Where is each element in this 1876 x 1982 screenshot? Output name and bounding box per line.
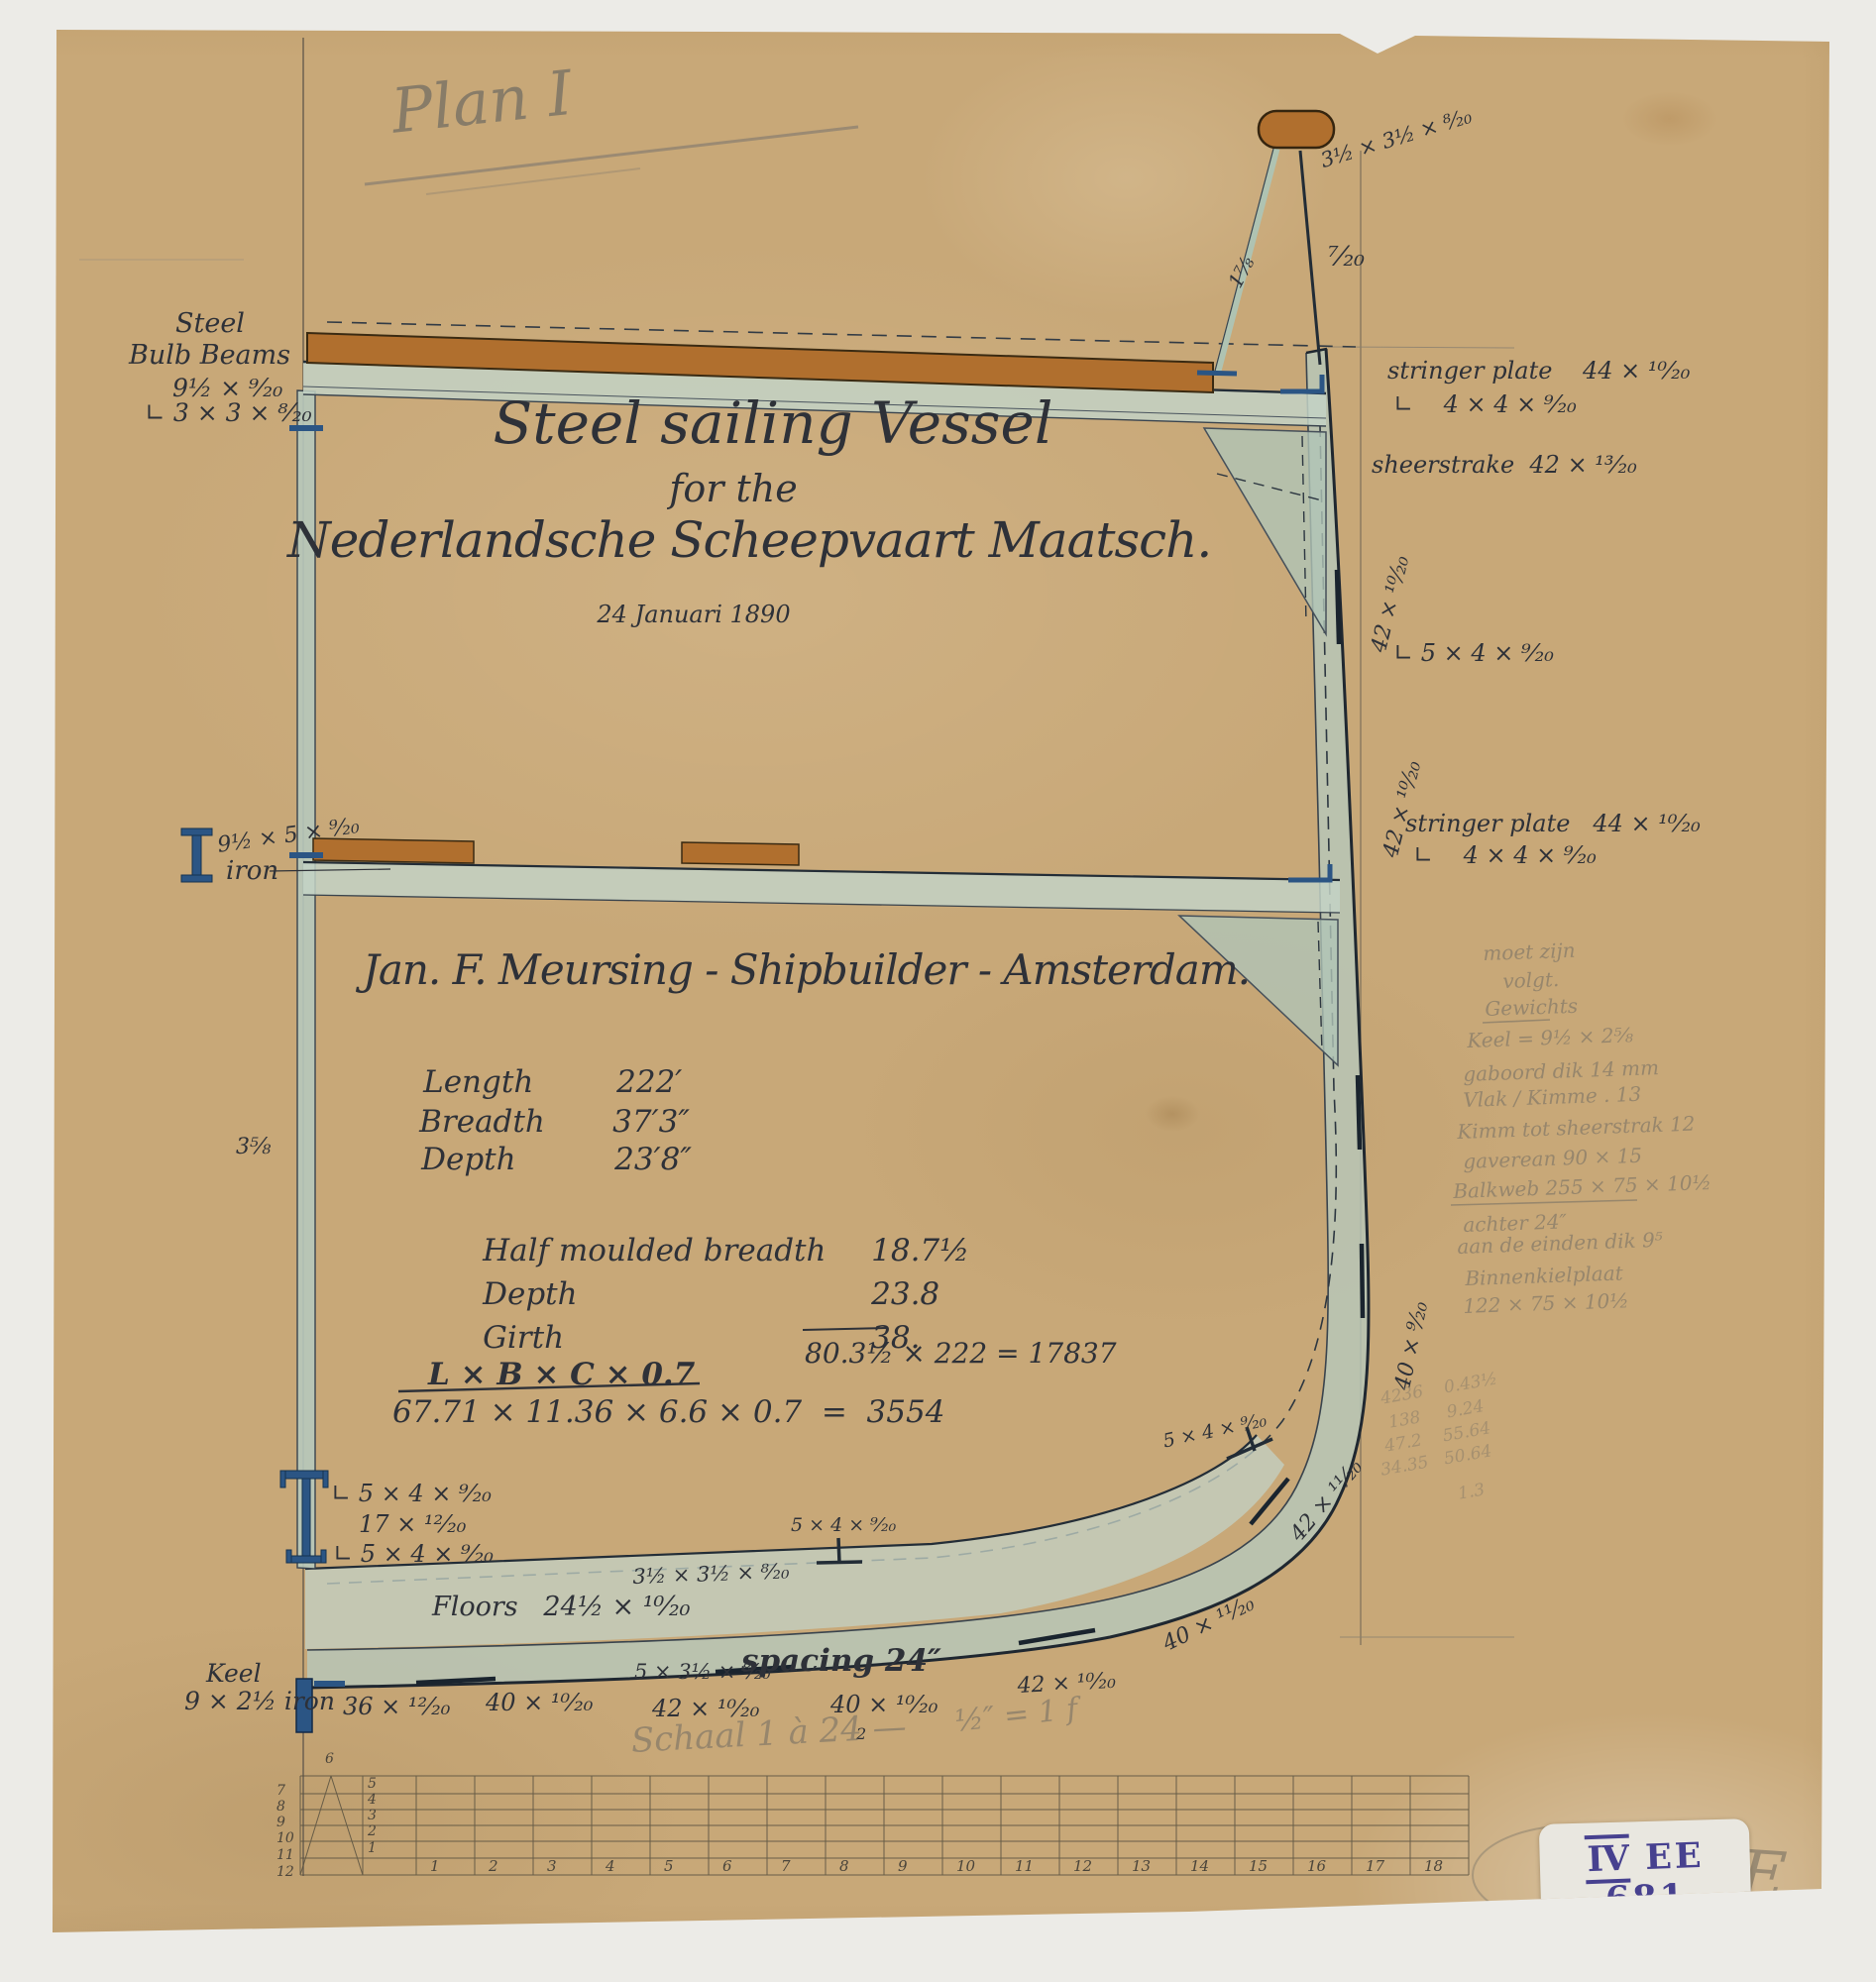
pencil-plan-label: Plan I [388, 60, 575, 144]
scale-cell-number: 3 [547, 1859, 557, 1875]
note-frame-spacing: spacing 24″ [741, 1645, 941, 1678]
title-line-1: Steel sailing Vessel [426, 394, 1120, 452]
note-keelson-angle-bottom: ∟ 5 × 4 × ⁹⁄₂₀ [333, 1542, 494, 1567]
note-keel-size: 9 × 2½ iron [184, 1689, 335, 1714]
scale-cell-number: 10 [956, 1859, 975, 1875]
pencil-margin-12: Binnenkielplaat [1465, 1263, 1623, 1289]
keelson [280, 1471, 328, 1563]
note-bulb-beams: Bulb Beams [129, 342, 290, 370]
scale-row-label: 10 [276, 1831, 294, 1846]
pencil-margin-4: Keel = 9½ × 2⅝ [1467, 1025, 1633, 1051]
title-line-3: Nederlandsche Scheepvaart Maatsch. [287, 515, 1100, 565]
scale-cell-number: 1 [430, 1859, 440, 1875]
note-stringer-plate-lower: stringer plate 44 × ¹⁰⁄₂₀ [1405, 812, 1701, 836]
scale-cell-number: 13 [1132, 1859, 1151, 1875]
title-line-2: for the [614, 470, 852, 507]
pillar-head-clip-2 [289, 852, 323, 858]
scale-row-label: 12 [276, 1865, 294, 1880]
note-keel: Keel [206, 1661, 262, 1687]
scale-cell-number: 16 [1307, 1859, 1326, 1875]
scale-cell-number: 14 [1190, 1859, 1209, 1875]
stamp-roman-numeral: IV [1585, 1834, 1631, 1885]
scale-cell-number: 4 [606, 1859, 615, 1875]
scanned-ship-drawing: Steel sailing Vessel for the Nederlandsc… [0, 0, 1876, 1982]
note-tank-stiffener: 5 × 4 × ⁹⁄₂₀ [791, 1516, 896, 1536]
note-keelson-web: 17 × ¹²⁄₂₀ [359, 1512, 466, 1537]
archive-stamp-text: IV EE 681 [1539, 1833, 1752, 1923]
builder-line: Jan. F. Meursing ‐ Shipbuilder ‐ Amsterd… [363, 949, 1250, 991]
scale-diagonal-label: 3 [368, 1809, 377, 1823]
scale-cell-number: 8 [839, 1859, 849, 1875]
scale-cell-number: 2 [489, 1859, 498, 1875]
note-three-five-eighths: 3⅝ [236, 1136, 271, 1158]
bulwark-plate-line [1300, 151, 1320, 365]
scale-cell-number: 6 [722, 1859, 732, 1875]
scale-row-label: 8 [276, 1800, 285, 1815]
stay-foot-clip [1197, 373, 1237, 374]
ibeam-symbol [181, 828, 212, 882]
scale-cell-number: 18 [1424, 1859, 1443, 1875]
note-bottom-plate-1: 36 × ¹²⁄₂₀ [343, 1695, 450, 1719]
dimension-label: Depth [421, 1145, 614, 1175]
pencil-margin-2: volgt. [1502, 969, 1560, 992]
note-bulwark-plate: ⁷⁄₂₀ [1328, 244, 1365, 272]
lower-deck-plank-1 [313, 838, 474, 863]
note-steel: Steel [175, 310, 245, 338]
scale-diagonal-label: 5 [368, 1777, 377, 1792]
formula-numerator: L × B × C × 0.7 [428, 1360, 695, 1390]
note-sheerstrake: sheerstrake 42 × ¹³⁄₂₀ [1372, 453, 1637, 478]
scale-diagonal-label: 4 [368, 1793, 377, 1808]
note-bottom-plate-2: 40 × ¹⁰⁄₂₀ [486, 1691, 593, 1715]
scale-cell-number: 7 [781, 1859, 791, 1875]
dimension-row-depth: Depth23′8″ [363, 1114, 692, 1206]
scale-cell-number: 11 [1015, 1859, 1034, 1875]
paper-sheet: Steel sailing Vessel for the Nederlandsc… [0, 0, 1876, 1982]
note-keelson-angle-top: ∟ 5 × 4 × ⁹⁄₂₀ [331, 1482, 492, 1506]
note-ibeam-iron: iron [226, 858, 278, 885]
scale-row-label: 7 [276, 1784, 285, 1799]
dimension-value: 23′8″ [614, 1142, 692, 1177]
scale-row-label: 9 [276, 1816, 285, 1830]
note-floors: Floors 24½ × ¹⁰⁄₂₀ [432, 1594, 691, 1621]
note-hold-beam-angle: ∟ 5 × 4 × ⁹⁄₂₀ [1393, 641, 1554, 666]
note-tank-top-angle: 3½ × 3½ × ⁸⁄₂₀ [632, 1560, 790, 1588]
note-stringer-angle-upper: ∟ 4 × 4 × ⁹⁄₂₀ [1393, 392, 1577, 417]
pencil-margin-13: 122 × 75 × 10½ [1463, 1290, 1629, 1317]
formula-result: 67.71 × 11.36 × 6.6 × 0.7 = 3554 [392, 1397, 944, 1428]
rail-reference-line [1328, 347, 1514, 348]
scale-diagonal-label: 6 [325, 1752, 334, 1767]
archive-label: IV EE 681 [1539, 1818, 1752, 1918]
scale-cell-number: 12 [1073, 1859, 1092, 1875]
note-deck-beam-angle: ∟ 3 × 3 × ⁸⁄₂₀ [145, 400, 312, 426]
wooden-rail-cap [1259, 111, 1334, 148]
scale-cell-number: 15 [1249, 1859, 1268, 1875]
diagonal-scale-grid [300, 1776, 1469, 1875]
scale-cell-number: 5 [664, 1859, 674, 1875]
scale-diagonal-label: 1 [368, 1841, 377, 1856]
upper-beam-bracket [1204, 428, 1326, 634]
scale-row-label: 11 [276, 1848, 294, 1863]
pencil-margin-3: Gewichts [1485, 996, 1578, 1020]
note-stringer-angle-lower: ∟ 4 × 4 × ⁹⁄₂₀ [1413, 843, 1597, 868]
scale-cell-number: 17 [1366, 1859, 1384, 1875]
note-stringer-plate-upper: stringer plate 44 × ¹⁰⁄₂₀ [1387, 359, 1690, 384]
scale-diagonal-label: 2 [368, 1824, 377, 1839]
scale-cell-number: 9 [898, 1859, 908, 1875]
pencil-margin-1: moet zijn [1483, 940, 1576, 964]
lower-deck-plank-2 [682, 842, 799, 865]
title-date: 24 Januari 1890 [555, 603, 832, 626]
calc-product-line: 80.3½ × 222 = 17837 [805, 1340, 1117, 1368]
